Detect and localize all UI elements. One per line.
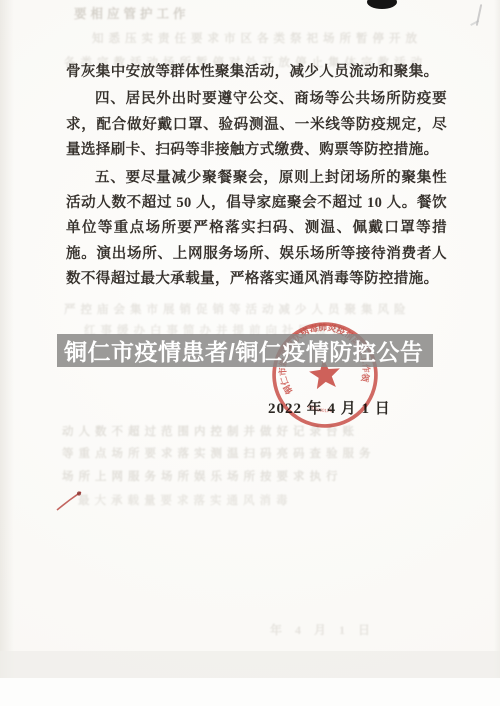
page-bottom-edge — [0, 651, 500, 678]
seal-serial: 2001000121 — [306, 401, 333, 415]
paragraph-continuation: 骨灰集中安放等群体性聚集活动，减少人员流动和聚集。 — [66, 60, 447, 85]
bleed-through-text: 知悉压实责任要求市区各类祭祀场所暂停开放 — [92, 30, 422, 46]
bleed-through-text: 场所上网服务场所娱乐场所按要求执行 — [62, 468, 343, 484]
bleed-through-text: 要相应管护工作 — [74, 4, 190, 22]
bleed-through-text: 最大承载量要求落实通风消毒 — [78, 492, 293, 508]
watermark-banner-text: 铜仁市疫情患者/铜仁疫情防控公告 — [64, 334, 423, 367]
watermark-banner: 铜仁市疫情患者/铜仁疫情防控公告 — [57, 334, 433, 367]
bleed-through-text: 等重点场所要求落实测温扫码亮码查验服务 — [62, 445, 376, 461]
scanner-background — [0, 678, 500, 706]
official-seal: 铜仁市新型冠状病毒肺炎疫情防控工作领导小组办公室 2001000121 — [263, 313, 386, 436]
scanned-document-page: 要相应管护工作 知悉压实责任要求市区各类祭祀场所暂停开放 各类宗教活动场所暂停对… — [0, 0, 500, 706]
pen-scratch-mark — [476, 4, 483, 26]
notice-body: 骨灰集中安放等群体性聚集活动，减少人员流动和聚集。 四、居民外出时要遵守公交、商… — [66, 60, 447, 293]
paragraph-item-5: 五、要尽量减少聚餐聚会，原则上封闭场所的聚集性活动人数不超过 50 人，倡导家庭… — [66, 166, 447, 293]
red-pen-mark — [54, 486, 88, 514]
scan-binder-mark — [367, 0, 397, 9]
bleed-through-text: 年 4 月 1 日 — [270, 621, 375, 638]
paragraph-item-4: 四、居民外出时要遵守公交、商场等公共场所防疫要求，配合做好戴口罩、验码测温、一米… — [66, 87, 447, 163]
